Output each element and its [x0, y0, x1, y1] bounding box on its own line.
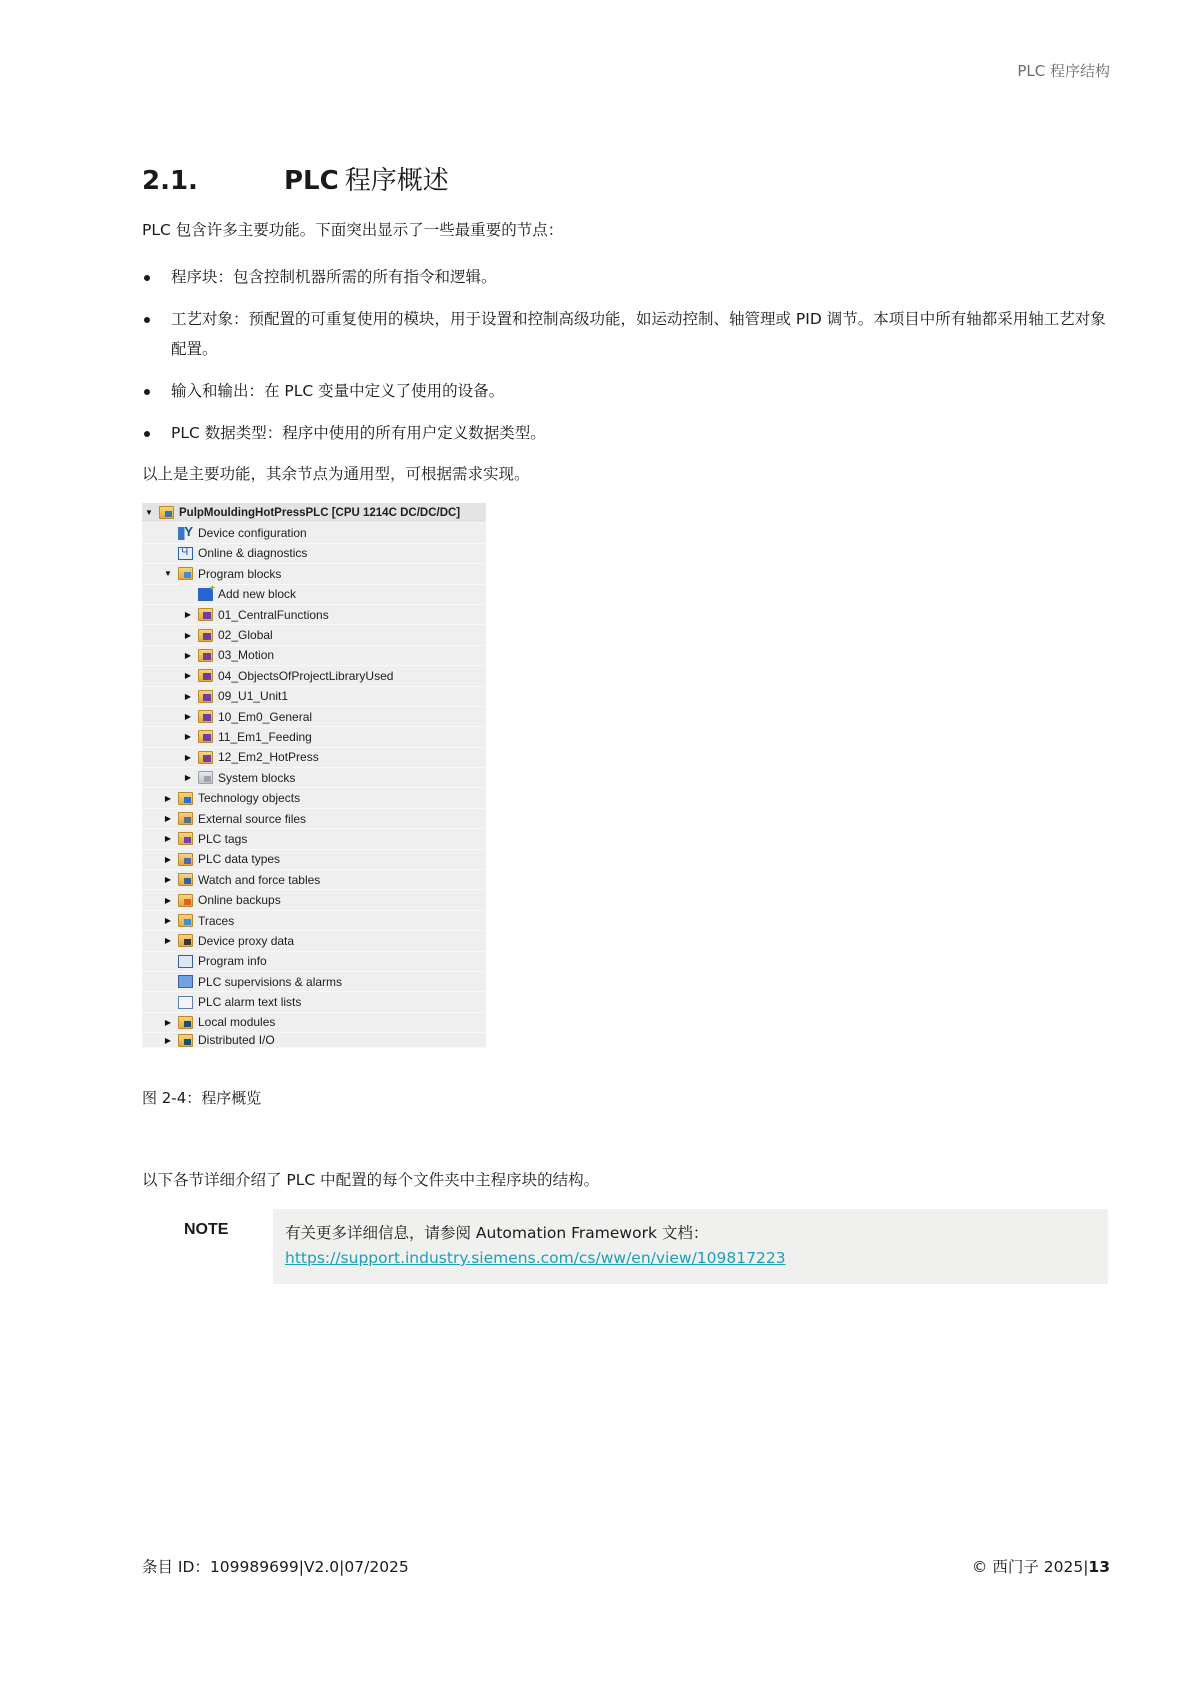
tree-item-label: Local modules [198, 1015, 275, 1029]
summary-paragraph: 以上是主要功能，其余节点为通用型，可根据需求实现。 [142, 462, 530, 486]
tree-item-label: External source files [198, 812, 306, 826]
plc-supervisions-alarms-icon [178, 975, 193, 988]
expanded-arrow-icon[interactable]: ▼ [143, 508, 155, 517]
collapsed-arrow-icon[interactable]: ▶ [162, 1018, 174, 1027]
collapsed-arrow-icon[interactable]: ▶ [162, 936, 174, 945]
section-number: 2.1. [142, 166, 284, 196]
add-new-block-icon [198, 588, 213, 601]
copyright-text: © 西门子 2025| [972, 1558, 1089, 1576]
collapsed-arrow-icon[interactable]: ▶ [182, 712, 194, 721]
tree-item-label: 03_Motion [218, 648, 274, 662]
collapsed-arrow-icon[interactable]: ▶ [162, 834, 174, 843]
bullet-item: PLC 数据类型：程序中使用的所有用户定义数据类型。 [142, 418, 1112, 448]
block-group-folder-icon [198, 669, 213, 682]
tree-item-online-diagnostics[interactable]: Online & diagnostics [142, 544, 486, 564]
tree-item-label: 09_U1_Unit1 [218, 689, 288, 703]
tree-item-plc-supervisions-alarms[interactable]: PLC supervisions & alarms [142, 972, 486, 992]
tree-item-plc-alarm-text-lists[interactable]: PLC alarm text lists [142, 992, 486, 1012]
tree-item-02-global[interactable]: ▶ 02_Global [142, 625, 486, 645]
block-group-folder-icon [198, 608, 213, 621]
tree-item-label: 10_Em0_General [218, 710, 312, 724]
tree-item-label: PLC alarm text lists [198, 995, 301, 1009]
intro-paragraph: PLC 包含许多主要功能。下面突出显示了一些最重要的节点： [142, 218, 563, 242]
tree-item-label: Online & diagnostics [198, 546, 307, 560]
block-group-folder-icon [198, 730, 213, 743]
tree-item-traces[interactable]: ▶ Traces [142, 911, 486, 931]
tree-item-label: PLC supervisions & alarms [198, 975, 342, 989]
tree-root[interactable]: ▼ PulpMouldingHotPressPLC [CPU 1214C DC/… [142, 503, 486, 523]
feature-bullet-list: 程序块：包含控制机器所需的所有指令和逻辑。 工艺对象：预配置的可重复使用的模块，… [142, 262, 1112, 460]
tree-item-label: Device configuration [198, 526, 307, 540]
section-title: 2.1. PLC 程序概述 [142, 160, 449, 197]
block-group-folder-icon [198, 710, 213, 723]
program-info-icon [178, 955, 193, 968]
tree-item-watch-force-tables[interactable]: ▶ Watch and force tables [142, 870, 486, 890]
tree-item-distributed-io[interactable]: ▶ Distributed I/O [142, 1033, 486, 1048]
tree-item-plc-tags[interactable]: ▶ PLC tags [142, 829, 486, 849]
plc-alarm-text-lists-icon [178, 996, 193, 1009]
followup-paragraph: 以下各节详细介绍了 PLC 中配置的每个文件夹中主程序块的结构。 [142, 1168, 599, 1192]
tree-item-program-info[interactable]: Program info [142, 952, 486, 972]
tree-item-10-em0-general[interactable]: ▶ 10_Em0_General [142, 707, 486, 727]
bullet-item: 工艺对象：预配置的可重复使用的模块，用于设置和控制高级功能，如运动控制、轴管理或… [142, 304, 1112, 364]
tree-item-label: Traces [198, 914, 234, 928]
note-text: 有关更多详细信息，请参阅 Automation Framework 文档： [285, 1221, 1096, 1246]
tree-item-12-em2-hotpress[interactable]: ▶ 12_Em2_HotPress [142, 748, 486, 768]
collapsed-arrow-icon[interactable]: ▶ [162, 814, 174, 823]
tree-item-label: 02_Global [218, 628, 273, 642]
note-block: NOTE 有关更多详细信息，请参阅 Automation Framework 文… [142, 1209, 1108, 1284]
figure-caption: 图 2-4：程序概览 [142, 1087, 261, 1108]
tree-item-label: Device proxy data [198, 934, 294, 948]
watch-force-tables-folder-icon [178, 873, 193, 886]
footer-copyright: © 西门子 2025|13 [972, 1555, 1110, 1577]
note-box: 有关更多详细信息，请参阅 Automation Framework 文档： ht… [273, 1209, 1108, 1284]
collapsed-arrow-icon[interactable]: ▶ [182, 610, 194, 619]
tree-item-online-backups[interactable]: ▶ Online backups [142, 890, 486, 910]
collapsed-arrow-icon[interactable]: ▶ [182, 631, 194, 640]
device-configuration-icon [178, 527, 193, 540]
footer-entry-id: 条目 ID：109989699|V2.0|07/2025 [142, 1555, 409, 1577]
program-blocks-folder-icon [178, 567, 193, 580]
section-title-text: 程序概述 [345, 160, 449, 197]
collapsed-arrow-icon[interactable]: ▶ [162, 896, 174, 905]
tree-item-09-u1-unit1[interactable]: ▶ 09_U1_Unit1 [142, 687, 486, 707]
collapsed-arrow-icon[interactable]: ▶ [162, 875, 174, 884]
tree-item-label: 11_Em1_Feeding [218, 730, 312, 744]
documentation-link[interactable]: https://support.industry.siemens.com/cs/… [285, 1249, 786, 1267]
local-modules-folder-icon [178, 1016, 193, 1029]
tree-item-label: Add new block [218, 587, 296, 601]
plc-tags-folder-icon [178, 832, 193, 845]
tree-item-label: System blocks [218, 771, 295, 785]
tree-item-technology-objects[interactable]: ▶ Technology objects [142, 788, 486, 808]
tree-item-label: Watch and force tables [198, 873, 320, 887]
collapsed-arrow-icon[interactable]: ▶ [182, 773, 194, 782]
external-source-files-folder-icon [178, 812, 193, 825]
tree-root-label: PulpMouldingHotPressPLC [CPU 1214C DC/DC… [179, 507, 460, 519]
block-group-folder-icon [198, 751, 213, 764]
collapsed-arrow-icon[interactable]: ▶ [162, 794, 174, 803]
tree-item-label: 12_Em2_HotPress [218, 750, 319, 764]
tree-item-plc-data-types[interactable]: ▶ PLC data types [142, 850, 486, 870]
bullet-item: 程序块：包含控制机器所需的所有指令和逻辑。 [142, 262, 1112, 292]
collapsed-arrow-icon[interactable]: ▶ [162, 916, 174, 925]
tree-item-label: Program info [198, 954, 267, 968]
bullet-item: 输入和输出：在 PLC 变量中定义了使用的设备。 [142, 376, 1112, 406]
tree-item-label: Technology objects [198, 791, 300, 805]
plc-folder-icon [159, 506, 174, 519]
collapsed-arrow-icon[interactable]: ▶ [182, 692, 194, 701]
section-title-bold: PLC [284, 166, 339, 196]
tree-item-11-em1-feeding[interactable]: ▶ 11_Em1_Feeding [142, 727, 486, 747]
collapsed-arrow-icon[interactable]: ▶ [182, 753, 194, 762]
tree-item-device-proxy-data[interactable]: ▶ Device proxy data [142, 931, 486, 951]
tree-item-03-motion[interactable]: ▶ 03_Motion [142, 646, 486, 666]
tree-item-label: Program blocks [198, 567, 281, 581]
tree-item-01-centralfunctions[interactable]: ▶ 01_CentralFunctions [142, 605, 486, 625]
online-backups-folder-icon [178, 894, 193, 907]
tree-item-label: Distributed I/O [198, 1033, 275, 1047]
tree-item-external-source-files[interactable]: ▶ External source files [142, 809, 486, 829]
collapsed-arrow-icon[interactable]: ▶ [162, 855, 174, 864]
online-diagnostics-icon [178, 547, 193, 560]
distributed-io-folder-icon [178, 1034, 193, 1047]
tree-item-04-objectsofprojectlibraryused[interactable]: ▶ 04_ObjectsOfProjectLibraryUsed [142, 666, 486, 686]
block-group-folder-icon [198, 649, 213, 662]
tree-item-device-configuration[interactable]: Device configuration [142, 523, 486, 543]
tree-item-local-modules[interactable]: ▶ Local modules [142, 1013, 486, 1033]
tree-item-label: PLC data types [198, 852, 280, 866]
tree-item-add-new-block[interactable]: Add new block [142, 585, 486, 605]
tree-item-label: PLC tags [198, 832, 247, 846]
project-tree-figure: ▼ PulpMouldingHotPressPLC [CPU 1214C DC/… [142, 503, 486, 1048]
collapsed-arrow-icon[interactable]: ▶ [182, 671, 194, 680]
tree-item-label: 04_ObjectsOfProjectLibraryUsed [218, 669, 393, 683]
block-group-folder-icon [198, 629, 213, 642]
tree-item-program-blocks[interactable]: ▼ Program blocks [142, 564, 486, 584]
tree-item-label: Online backups [198, 893, 281, 907]
note-label: NOTE [184, 1221, 228, 1239]
collapsed-arrow-icon[interactable]: ▶ [182, 651, 194, 660]
technology-objects-folder-icon [178, 792, 193, 805]
system-blocks-folder-icon [198, 771, 213, 784]
traces-folder-icon [178, 914, 193, 927]
block-group-folder-icon [198, 690, 213, 703]
plc-data-types-folder-icon [178, 853, 193, 866]
running-header: PLC 程序结构 [1017, 60, 1110, 81]
collapsed-arrow-icon[interactable]: ▶ [162, 1036, 174, 1045]
page-number: 13 [1088, 1558, 1110, 1576]
collapsed-arrow-icon[interactable]: ▶ [182, 732, 194, 741]
expanded-arrow-icon[interactable]: ▼ [162, 569, 174, 578]
tree-item-system-blocks[interactable]: ▶ System blocks [142, 768, 486, 788]
device-proxy-data-folder-icon [178, 934, 193, 947]
tree-item-label: 01_CentralFunctions [218, 608, 329, 622]
